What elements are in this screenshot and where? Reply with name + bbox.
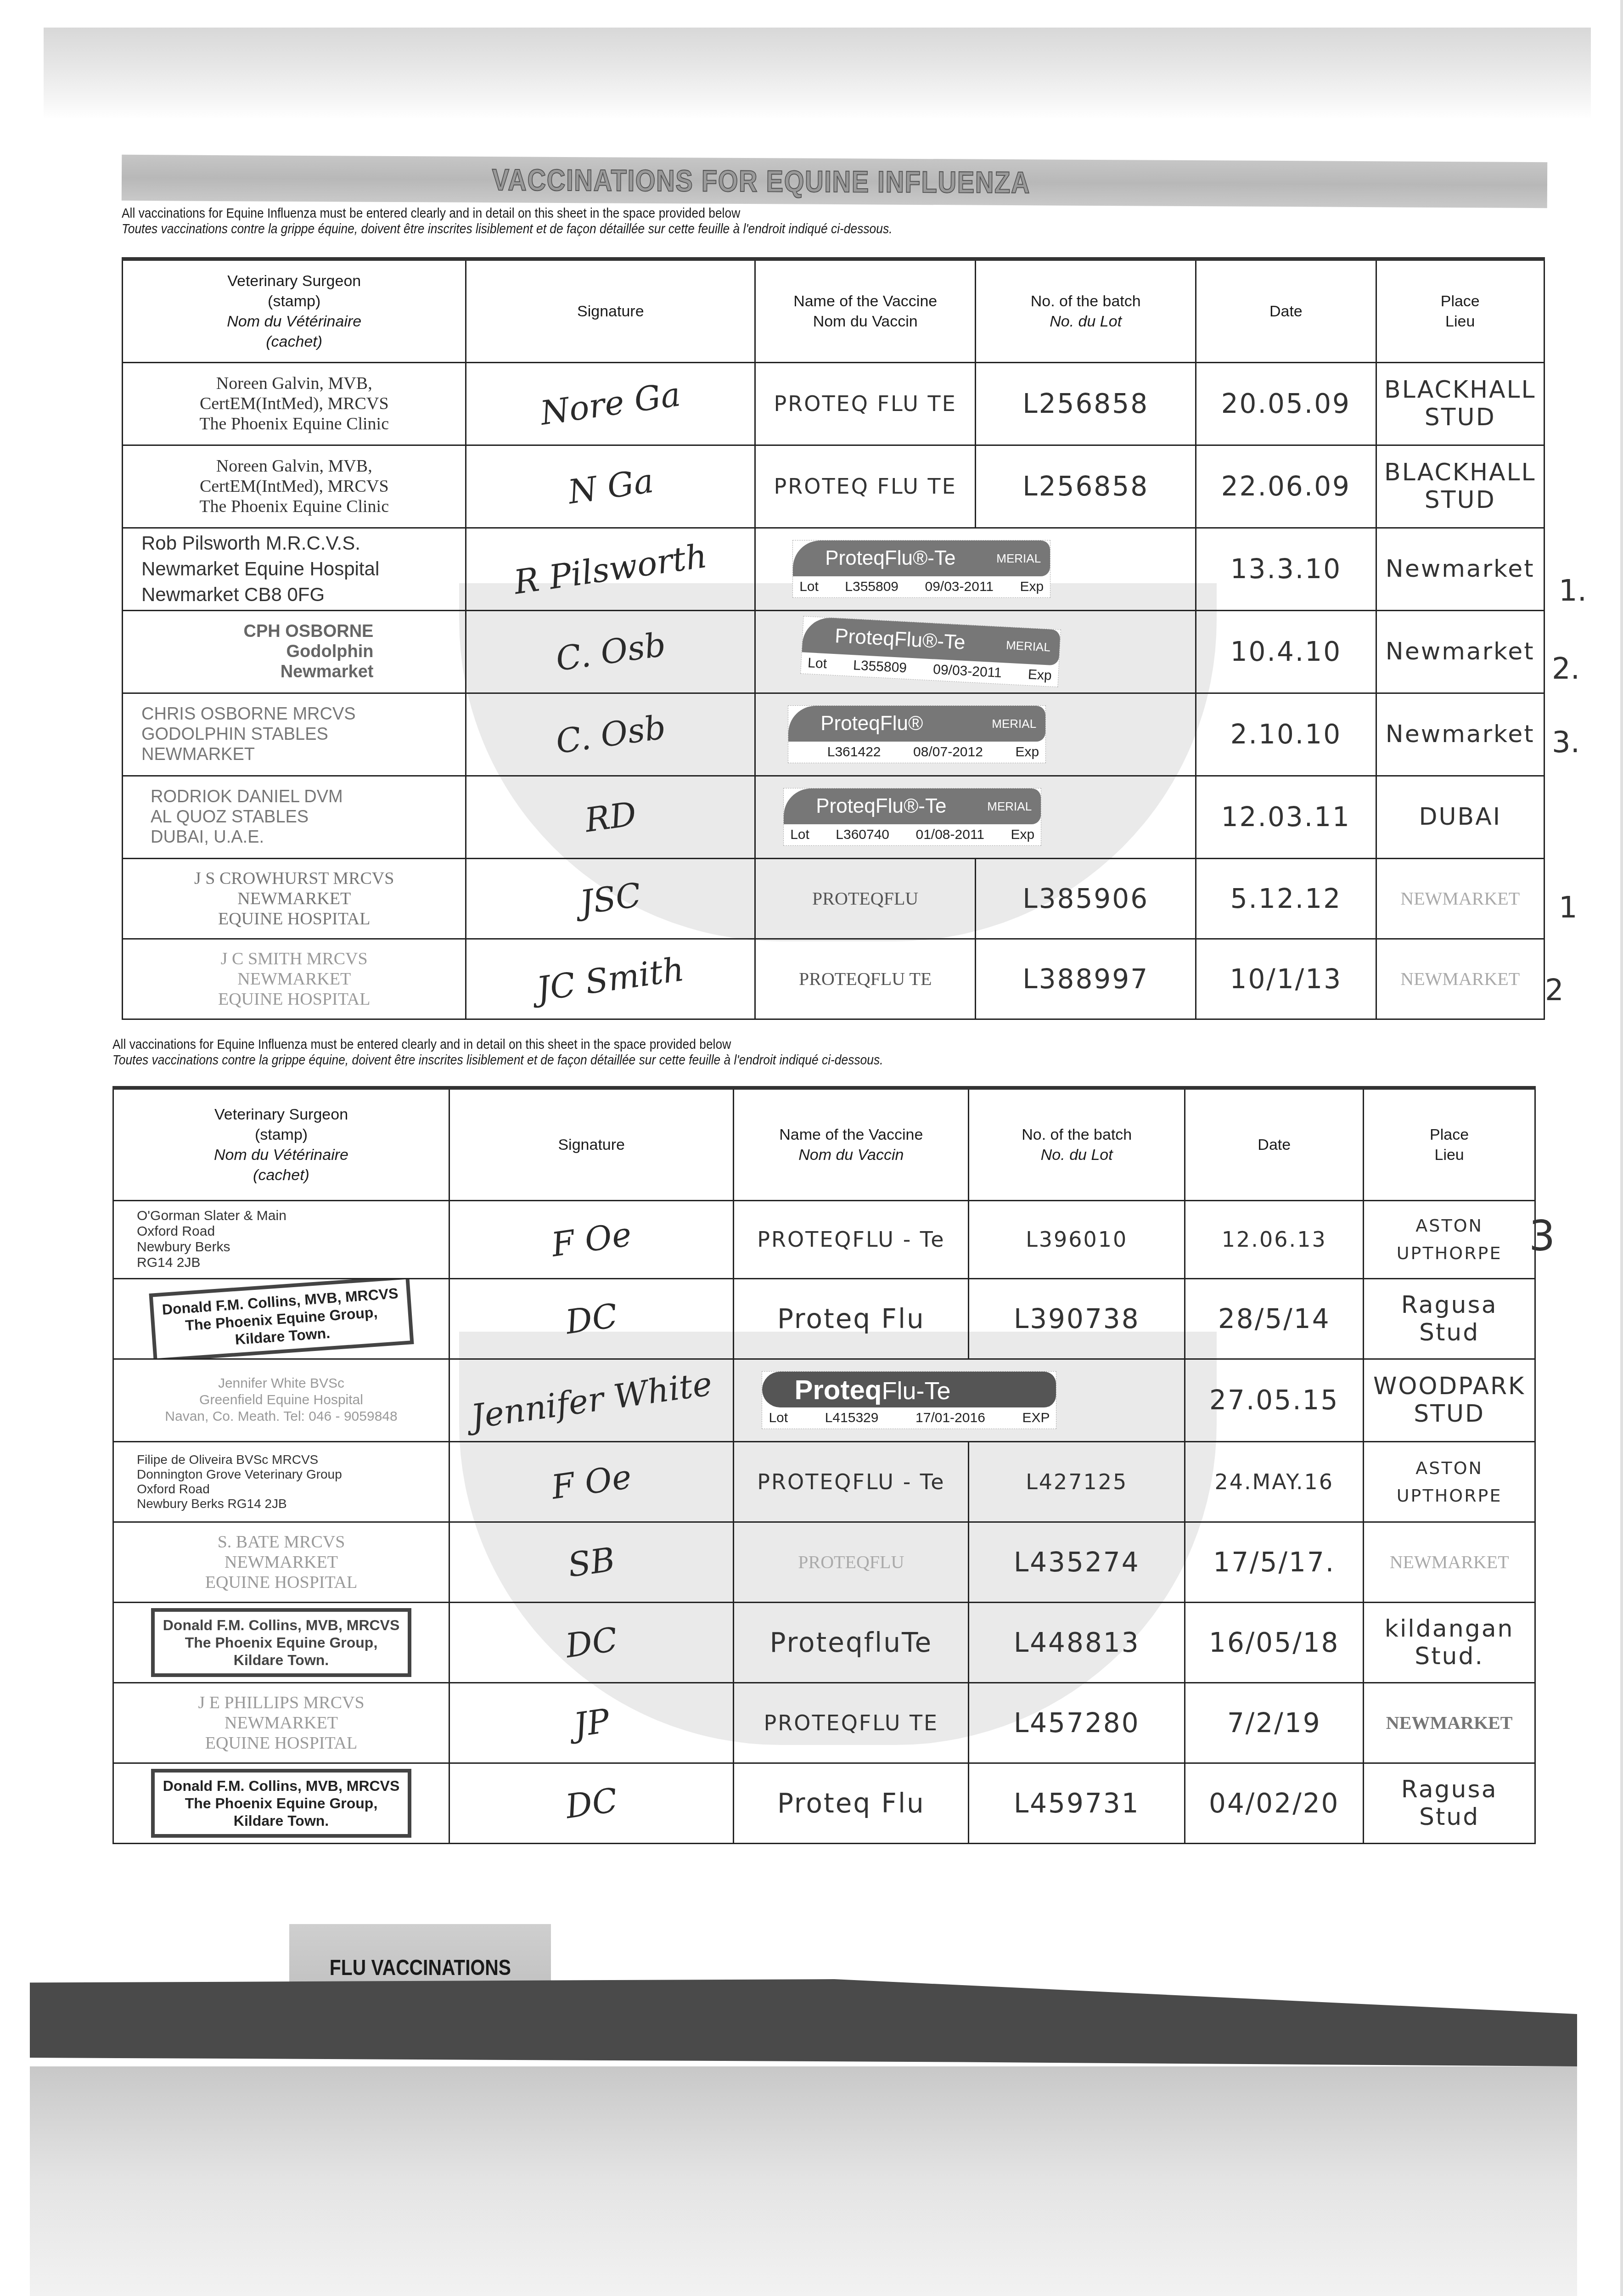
instructions-en: All vaccinations for Equine Influenza mu… (122, 206, 893, 221)
table-row: Filipe de Oliveira BVSc MRCVSDonnington … (113, 1441, 1535, 1522)
vaccination-place: BLACKHALLSTUD (1376, 445, 1544, 528)
signature: DC (563, 1620, 620, 1665)
batch-number: L355809 (845, 579, 899, 595)
batch-number: L256858 (976, 362, 1196, 445)
vaccine-name: PROTEQ FLU TE (755, 362, 976, 445)
batch-number: L361422 (827, 744, 881, 760)
vaccination-date: 17/5/17. (1185, 1522, 1364, 1602)
signature-cell: DC (449, 1763, 734, 1843)
col-header-signature: Signature (449, 1088, 734, 1200)
vaccination-place: WOODPARKSTUD (1364, 1359, 1535, 1441)
table-row: Noreen Galvin, MVB,CertEM(IntMed), MRCVS… (123, 362, 1544, 445)
signature-cell: N Ga (466, 445, 755, 528)
col-header-vet: Veterinary Surgeon (stamp) Nom du Vétéri… (123, 259, 466, 362)
table-row: Donald F.M. Collins, MVB, MRCVSThe Phoen… (113, 1602, 1535, 1683)
vaccination-place: RagusaStud (1364, 1763, 1535, 1843)
vaccine-name: ProteqfluTe (734, 1602, 969, 1683)
vet-stamp: CPH OSBORNEGodolphinNewmarket (123, 610, 466, 693)
vaccination-date: 7/2/19 (1185, 1683, 1364, 1763)
signature: JC Smith (534, 949, 686, 1008)
margin-number: 2. (1552, 652, 1580, 686)
batch-number: L355809 (853, 658, 907, 676)
col-header-place: Place Lieu (1364, 1088, 1535, 1200)
batch-number: L459731 (969, 1763, 1185, 1843)
signature: C. Osb (553, 625, 668, 679)
signature-cell: DC (449, 1602, 734, 1683)
vaccination-date: 13.3.10 (1196, 528, 1376, 610)
scan-shadow (44, 28, 1591, 119)
col-header-vaccine: Name of the Vaccine Nom du Vaccin (755, 259, 976, 362)
col-header-date: Date (1196, 259, 1376, 362)
vaccination-date: 20.05.09 (1196, 362, 1376, 445)
margin-number: 1 (1559, 891, 1578, 925)
vaccination-date: 16/05/18 (1185, 1602, 1364, 1683)
vet-stamp: Filipe de Oliveira BVSc MRCVSDonnington … (113, 1441, 449, 1522)
vet-stamp: Donald F.M. Collins, MVB, MRCVSThe Phoen… (151, 1608, 412, 1677)
batch-number: L256858 (976, 445, 1196, 528)
vaccination-place: Newmarket (1376, 610, 1544, 693)
batch-number: L415329 (825, 1410, 879, 1426)
vaccine-sticker-cell: ProteqFlu®MERIAL L36142208/07-2012Exp (755, 693, 1196, 776)
col-header-signature: Signature (466, 259, 755, 362)
vaccine-name: PROTEQFLU - Te (734, 1441, 969, 1522)
table-row: Donald F.M. Collins, MVB, MRCVSThe Phoen… (113, 1763, 1535, 1843)
signature: F Oe (549, 1457, 634, 1506)
vaccination-date: 22.06.09 (1196, 445, 1376, 528)
table-row: Donald F.M. Collins, MVB, MRCVSThe Phoen… (113, 1278, 1535, 1359)
signature-cell: JP (449, 1683, 734, 1763)
signature-cell: Jennifer White (449, 1359, 734, 1441)
signature-cell: F Oe (449, 1441, 734, 1522)
vaccine-name: PROTEQFLU TE (755, 939, 976, 1019)
margin-number: 1. (1559, 574, 1587, 608)
vaccine-sticker-cell: ProteqFlu®-TeMERIAL LotL35580909/03-2011… (755, 610, 1196, 693)
vaccine-name: PROTEQFLU (734, 1522, 969, 1602)
col-header-place: Place Lieu (1376, 259, 1544, 362)
vet-stamp-cell: Donald F.M. Collins, MVB, MRCVSThe Phoen… (113, 1763, 449, 1843)
vet-stamp-cell: Donald F.M. Collins, MVB, MRCVSThe Phoen… (113, 1602, 449, 1683)
vet-stamp: Donald F.M. Collins, MVB, MRCVSThe Phoen… (149, 1278, 414, 1359)
signature: JSC (578, 875, 644, 922)
batch-number: L390738 (969, 1278, 1185, 1359)
vet-stamp: J S CROWHURST MRCVSNEWMARKETEQUINE HOSPI… (123, 858, 466, 939)
vet-stamp-cell: Donald F.M. Collins, MVB, MRCVSThe Phoen… (113, 1278, 449, 1359)
vaccine-sticker-cell: ProteqFlu-Te LotL41532917/01-2016EXP (734, 1359, 1185, 1441)
scan-edge (1620, 0, 1623, 2296)
batch-number: L360740 (836, 827, 889, 843)
signature-cell: F Oe (449, 1200, 734, 1278)
vaccination-place: ASTONUPTHORPE (1364, 1200, 1535, 1278)
table-row: O'Gorman Slater & MainOxford RoadNewbury… (113, 1200, 1535, 1278)
col-header-batch: No. of the batch No. du Lot (976, 259, 1196, 362)
vaccination-date: 12.03.11 (1196, 776, 1376, 858)
signature-cell: SB (449, 1522, 734, 1602)
instructions-bottom: All vaccinations for Equine Influenza mu… (112, 1037, 883, 1068)
flu-vaccinations-label: FLU VACCINATIONS (329, 1955, 511, 1981)
signature: JP (571, 1701, 612, 1745)
table-row: CHRIS OSBORNE MRCVSGODOLPHIN STABLESNEWM… (123, 693, 1544, 776)
page-title-banner: VACCINATIONS FOR EQUINE INFLUENZA (122, 155, 1547, 208)
vet-stamp: J C SMITH MRCVSNEWMARKETEQUINE HOSPITAL (123, 939, 466, 1019)
vet-stamp: O'Gorman Slater & MainOxford RoadNewbury… (113, 1200, 449, 1278)
vaccine-sticker: ProteqFlu®-TeMERIAL LotL35580909/03-2011… (792, 540, 1050, 598)
instructions-fr: Toutes vaccinations contre la grippe équ… (112, 1052, 883, 1068)
signature: DC (563, 1780, 620, 1826)
vaccine-name: Proteq Flu (734, 1278, 969, 1359)
signature: F Oe (549, 1215, 634, 1264)
signature-cell: DC (449, 1278, 734, 1359)
signature-cell: JSC (466, 858, 755, 939)
table-row: RODRIOK DANIEL DVMAL QUOZ STABLESDUBAI, … (123, 776, 1544, 858)
batch-number: L385906 (976, 858, 1196, 939)
instructions-en: All vaccinations for Equine Influenza mu… (112, 1037, 883, 1052)
vet-stamp: S. BATE MRCVSNEWMARKETEQUINE HOSPITAL (113, 1522, 449, 1602)
vaccination-place: ASTONUPTHORPE (1364, 1441, 1535, 1522)
margin-number: 3 (1529, 1212, 1555, 1261)
vaccination-place: NEWMARKET (1364, 1522, 1535, 1602)
col-header-date: Date (1185, 1088, 1364, 1200)
vaccine-name: Proteq Flu (734, 1763, 969, 1843)
vaccine-sticker: ProteqFlu®MERIAL L36142208/07-2012Exp (788, 705, 1046, 763)
page-title: VACCINATIONS FOR EQUINE INFLUENZA (492, 162, 1030, 200)
vaccination-place: NEWMARKET (1376, 939, 1544, 1019)
table-row: Noreen Galvin, MVB,CertEM(IntMed), MRCVS… (123, 445, 1544, 528)
margin-number: 2 (1545, 974, 1564, 1007)
signature: C. Osb (553, 708, 668, 761)
vaccine-sticker-cell: ProteqFlu®-TeMERIAL LotL36074001/08-2011… (755, 776, 1196, 858)
vet-stamp: Rob Pilsworth M.R.C.V.S.Newmarket Equine… (123, 528, 466, 610)
batch-number: L388997 (976, 939, 1196, 1019)
signature-cell: JC Smith (466, 939, 755, 1019)
vaccine-sticker: ProteqFlu-Te LotL41532917/01-2016EXP (762, 1371, 1056, 1429)
vaccination-date: 10/1/13 (1196, 939, 1376, 1019)
col-header-vaccine: Name of the Vaccine Nom du Vaccin (734, 1088, 969, 1200)
vaccination-date: 27.05.15 (1185, 1359, 1364, 1441)
signature-cell: C. Osb (466, 610, 755, 693)
signature-cell: C. Osb (466, 693, 755, 776)
vaccination-place: kildanganStud. (1364, 1602, 1535, 1683)
vaccine-sticker: ProteqFlu®-TeMERIAL LotL36074001/08-2011… (783, 788, 1041, 846)
vaccination-place: Newmarket (1376, 693, 1544, 776)
instructions-top: All vaccinations for Equine Influenza mu… (122, 206, 893, 237)
signature-cell: R Pilsworth (466, 528, 755, 610)
batch-number: L396010 (969, 1200, 1185, 1278)
signature: Jennifer White (469, 1364, 714, 1436)
vaccination-place: NEWMARKET (1376, 858, 1544, 939)
vaccine-name: PROTEQFLU (755, 858, 976, 939)
signature: N Ga (566, 461, 656, 511)
table-row: Rob Pilsworth M.R.C.V.S.Newmarket Equine… (123, 528, 1544, 610)
batch-number: L427125 (969, 1441, 1185, 1522)
table-row: S. BATE MRCVSNEWMARKETEQUINE HOSPITAL SB… (113, 1522, 1535, 1602)
vaccination-date: 04/02/20 (1185, 1763, 1364, 1843)
vaccination-date: 10.4.10 (1196, 610, 1376, 693)
table-row: J S CROWHURST MRCVSNEWMARKETEQUINE HOSPI… (123, 858, 1544, 939)
vaccination-place: BLACKHALLSTUD (1376, 362, 1544, 445)
signature: RD (583, 794, 639, 840)
scan-dark-band (30, 1979, 1577, 2066)
signature: R Pilsworth (511, 536, 709, 602)
vaccine-name: PROTEQFLU - Te (734, 1200, 969, 1278)
table-row: J E PHILLIPS MRCVSNEWMARKETEQUINE HOSPIT… (113, 1683, 1535, 1763)
signature-cell: RD (466, 776, 755, 858)
instructions-fr: Toutes vaccinations contre la grippe équ… (122, 221, 893, 237)
vet-stamp: Noreen Galvin, MVB,CertEM(IntMed), MRCVS… (123, 362, 466, 445)
table-row: J C SMITH MRCVSNEWMARKETEQUINE HOSPITAL … (123, 939, 1544, 1019)
vet-stamp: Jennifer White BVScGreenfield Equine Hos… (113, 1359, 449, 1441)
vaccination-place: RagusaStud (1364, 1278, 1535, 1359)
vaccination-table-2: Veterinary Surgeon (stamp) Nom du Vétéri… (112, 1086, 1536, 1844)
vaccination-place: Newmarket (1376, 528, 1544, 610)
vaccine-sticker: ProteqFlu®-TeMERIAL LotL35580909/03-2011… (800, 616, 1061, 687)
table-row: CPH OSBORNEGodolphinNewmarket C. Osb Pro… (123, 610, 1544, 693)
batch-number: L457280 (969, 1683, 1185, 1763)
signature: SB (566, 1540, 618, 1584)
vet-stamp: J E PHILLIPS MRCVSNEWMARKETEQUINE HOSPIT… (113, 1683, 449, 1763)
vaccination-date: 24.MAY.16 (1185, 1441, 1364, 1522)
vet-stamp: CHRIS OSBORNE MRCVSGODOLPHIN STABLESNEWM… (123, 693, 466, 776)
vet-stamp: Noreen Galvin, MVB,CertEM(IntMed), MRCVS… (123, 445, 466, 528)
vaccination-table-1: Veterinary Surgeon (stamp) Nom du Vétéri… (122, 257, 1545, 1020)
vaccine-name: PROTEQFLU TE (734, 1683, 969, 1763)
batch-number: L448813 (969, 1602, 1185, 1683)
signature: Nore Ga (538, 375, 683, 433)
vaccination-date: 2.10.10 (1196, 693, 1376, 776)
signature-cell: Nore Ga (466, 362, 755, 445)
vaccine-name: PROTEQ FLU TE (755, 445, 976, 528)
vaccination-place: DUBAI (1376, 776, 1544, 858)
col-header-vet: Veterinary Surgeon (stamp) Nom du Vétéri… (113, 1088, 449, 1200)
vaccination-date: 28/5/14 (1185, 1278, 1364, 1359)
scan-bottom-fade (30, 2066, 1577, 2296)
vaccination-date: 5.12.12 (1196, 858, 1376, 939)
signature: DC (563, 1296, 620, 1341)
batch-number: L435274 (969, 1522, 1185, 1602)
vet-stamp: Donald F.M. Collins, MVB, MRCVSThe Phoen… (151, 1769, 412, 1838)
vet-stamp: RODRIOK DANIEL DVMAL QUOZ STABLESDUBAI, … (123, 776, 466, 858)
vaccination-date: 12.06.13 (1185, 1200, 1364, 1278)
vaccine-sticker-cell: ProteqFlu®-TeMERIAL LotL35580909/03-2011… (755, 528, 1196, 610)
vaccination-place: NEWMARKET (1364, 1683, 1535, 1763)
col-header-batch: No. of the batch No. du Lot (969, 1088, 1185, 1200)
table-row: Jennifer White BVScGreenfield Equine Hos… (113, 1359, 1535, 1441)
margin-number: 3. (1552, 726, 1580, 760)
